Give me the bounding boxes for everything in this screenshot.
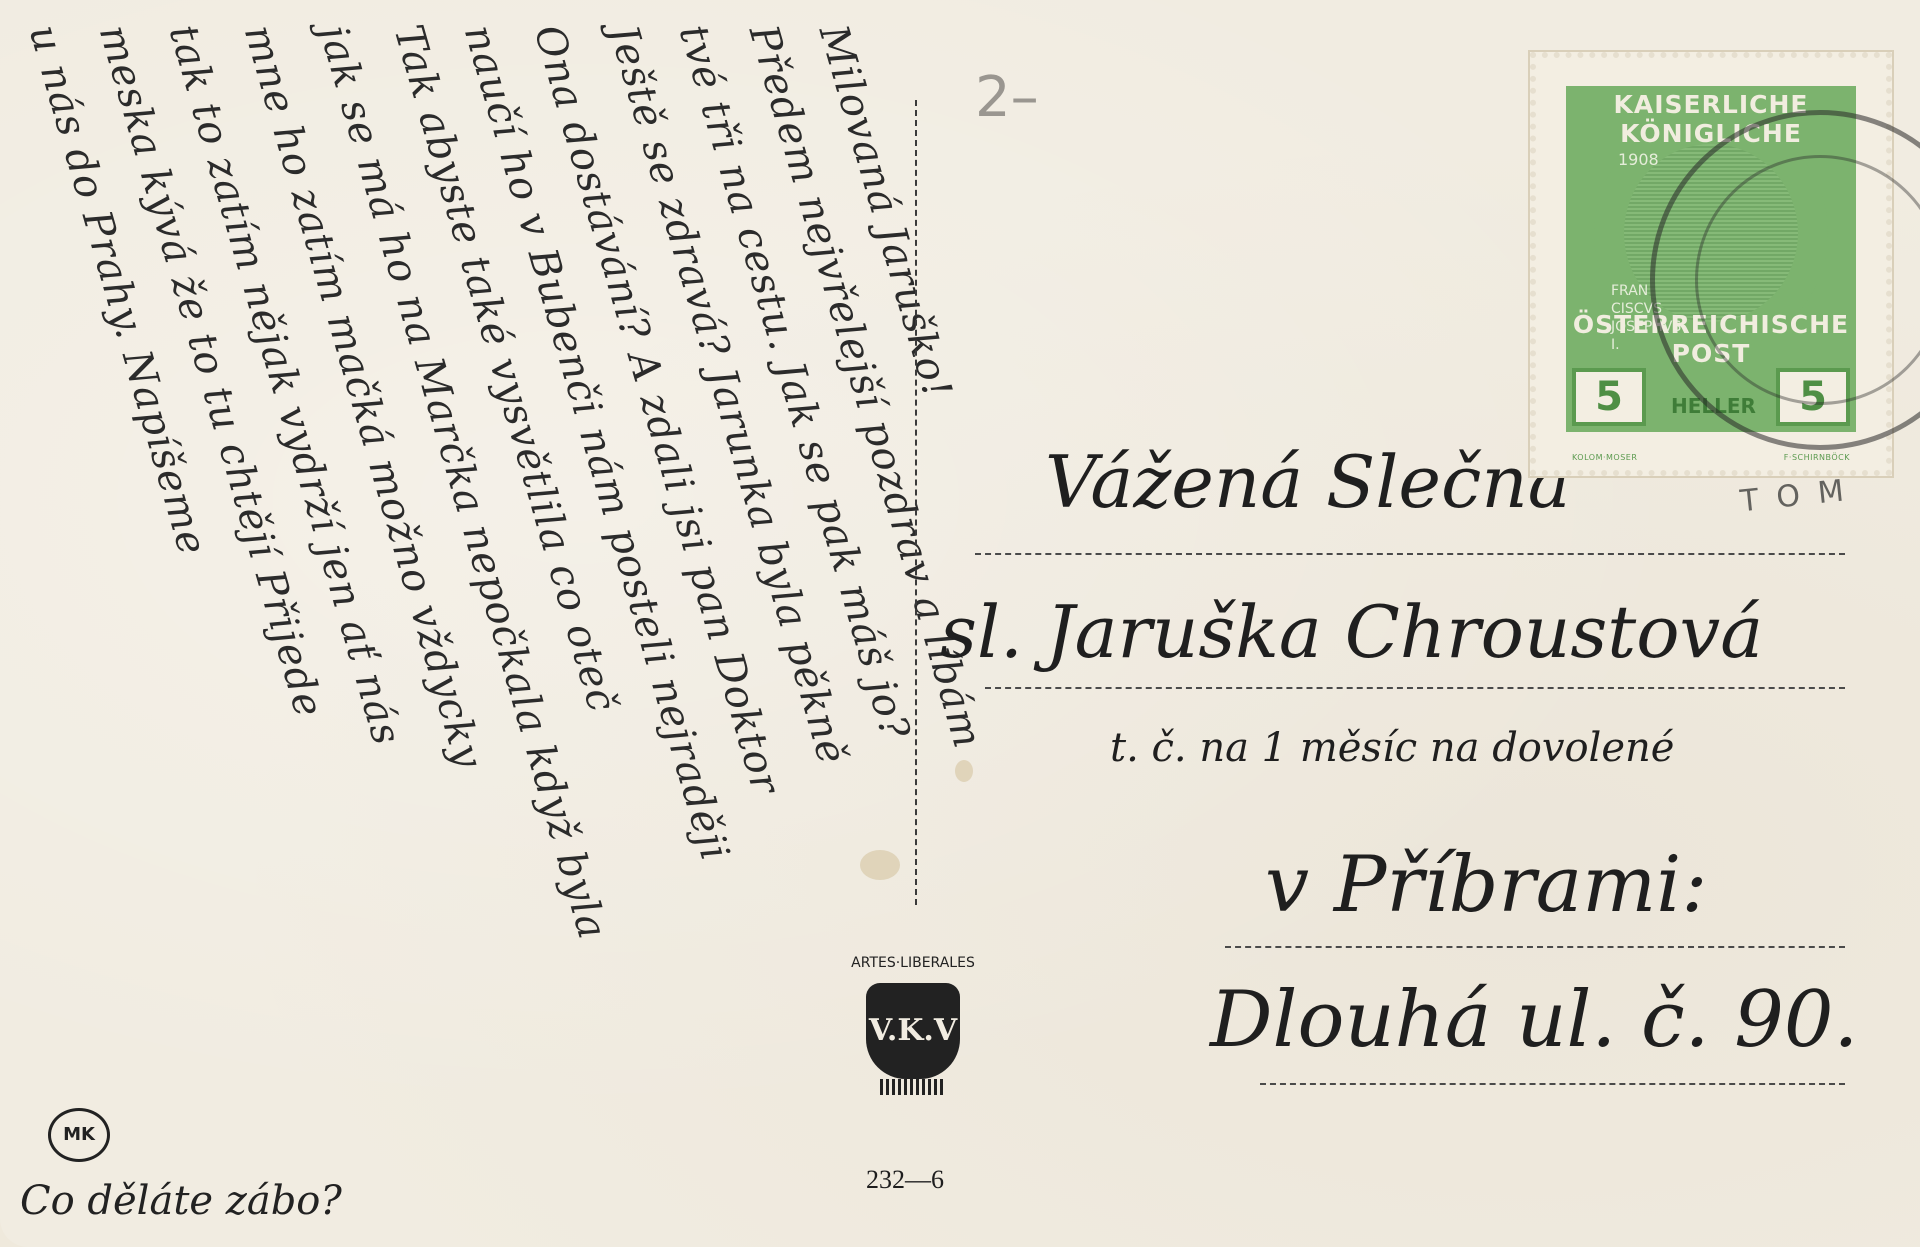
address-line-2: sl. Jaruška Chroustová [940,590,1763,674]
address-line-3: v Příbrami: [1265,840,1707,930]
stamp-credit-right: F·SCHIRNBÖCK [1784,453,1850,462]
address-rule [1225,946,1845,948]
postmark-inner-ring [1695,155,1920,405]
publisher-monogram: V.K.V [866,1013,960,1048]
address-line-4: Dlouhá ul. č. 90. [1210,975,1858,1065]
stamp-year: 1908 [1618,150,1659,169]
postmark-text: TOM [1739,472,1864,520]
stamp-value-left: 5 [1572,368,1646,426]
address-rule [975,553,1845,555]
publisher-motto: ARTES·LIBERALES [848,955,978,971]
address-rule [985,687,1845,689]
center-divider [915,100,917,905]
publisher-logo: ARTES·LIBERALES V.K.V [848,955,978,1115]
address-rule [1260,1083,1845,1085]
postscript: Co děláte zábo? [20,1178,342,1224]
paper-stain [955,760,973,782]
publisher-base-icon [880,1079,946,1095]
maker-mark-logo: MK [48,1108,110,1162]
pencil-mark: 2– [975,65,1039,130]
card-number: 232—6 [866,1165,944,1195]
publisher-shield-icon: V.K.V [866,983,960,1079]
address-line-1: Vážená Slečna [1045,440,1571,524]
postcard: Milovaná Jaruško! Předem nejvřelejší poz… [0,0,1920,1247]
address-note: t. č. na 1 měsíc na dovolené [1110,725,1674,771]
message-column: u nás do Prahy. Napíšeme [10,0,70,1247]
paper-stain [860,850,900,880]
stamp-credit-left: KOLOM·MOSER [1572,453,1637,462]
